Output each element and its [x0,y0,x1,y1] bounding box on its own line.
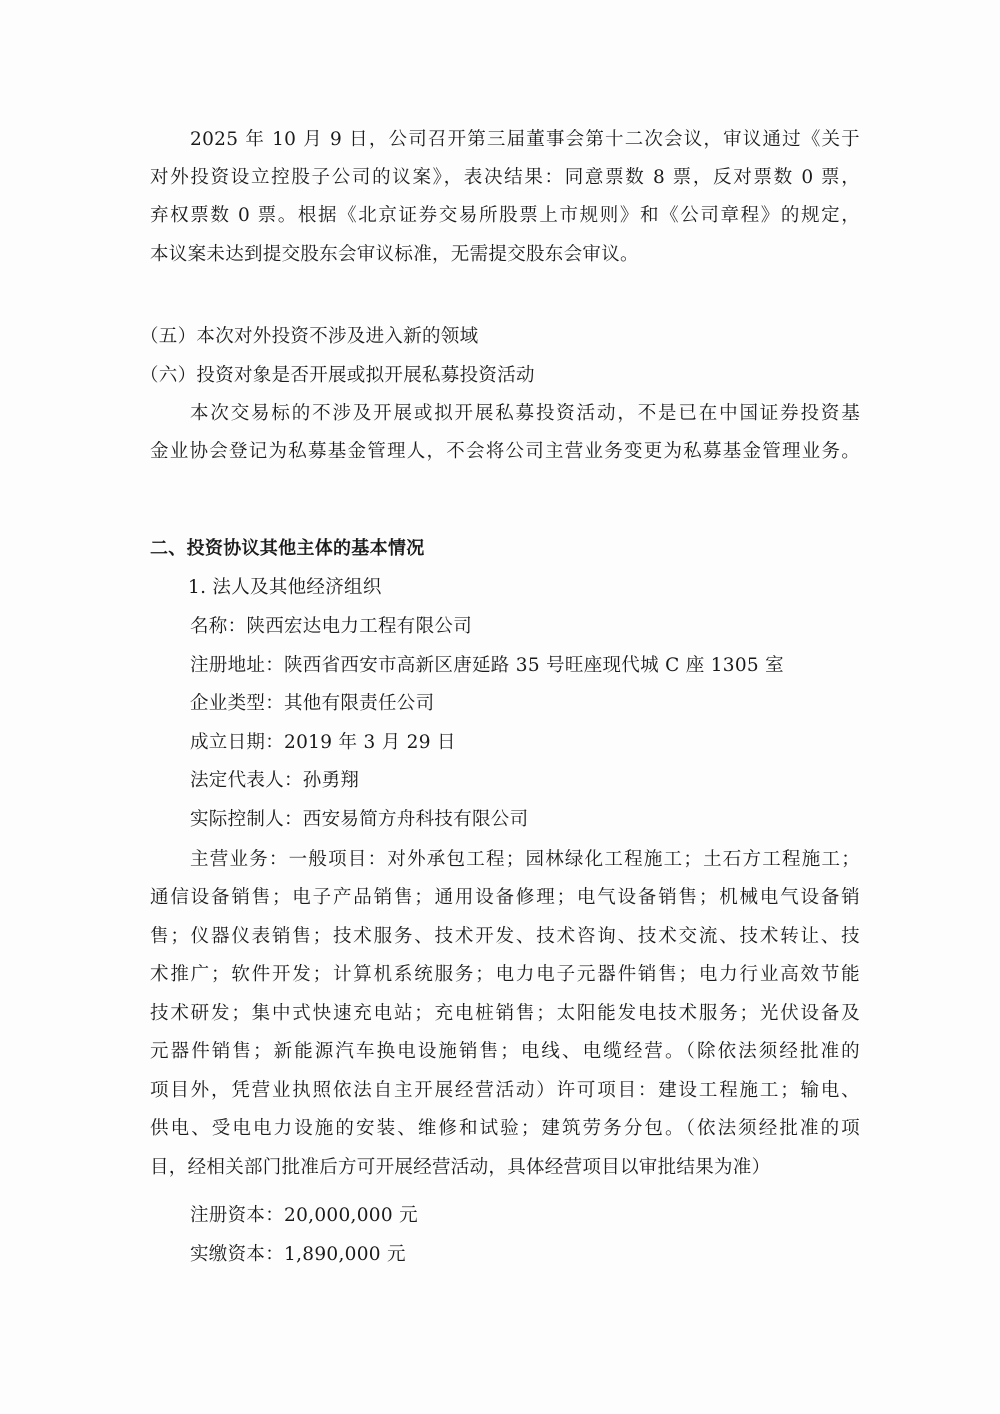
business-line-7: 项目外，凭营业执照依法自主开展经营活动）许可项目：建设工程施工；输电、 [150,1079,860,1103]
company-legal-representative: 法定代表人：孙勇翔 [190,769,900,793]
section-two-heading: 二、投资协议其他主体的基本情况 [150,537,860,561]
company-name: 名称：陕西宏达电力工程有限公司 [190,615,900,639]
business-line-6: 元器件销售；新能源汽车换电设施销售；电线、电缆经营。（除依法须经批准的 [150,1040,860,1064]
subsection-1-heading: 1. 法人及其他经济组织 [188,576,898,600]
paid-in-capital: 实缴资本：1,890,000 元 [190,1243,900,1267]
item-six-heading: （六）投资对象是否开展或拟开展私募投资活动 [140,364,850,388]
business-line-3: 售；仪器仪表销售；技术服务、技术开发、技术咨询、技术交流、技术转让、技 [150,925,860,949]
business-line-1: 主营业务：一般项目：对外承包工程；园林绿化工程施工；土石方工程施工； [190,848,860,872]
business-line-4: 术推广；软件开发；计算机系统服务；电力电子元器件销售；电力行业高效节能 [150,963,860,987]
business-line-2: 通信设备销售；电子产品销售；通用设备修理；电气设备销售；机械电气设备销 [150,886,860,910]
board-paragraph-line-3: 弃权票数 0 票。根据《北京证券交易所股票上市规则》和《公司章程》的规定， [150,204,860,228]
company-actual-controller: 实际控制人：西安易简方舟科技有限公司 [190,808,900,832]
item-five-heading: （五）本次对外投资不涉及进入新的领域 [140,325,850,349]
business-line-8: 供电、受电电力设施的安装、维修和试验；建筑劳务分包。（依法须经批准的项 [150,1117,860,1141]
private-fund-line-1: 本次交易标的不涉及开展或拟开展私募投资活动，不是已在中国证券投资基 [190,402,860,426]
board-paragraph-line-4: 本议案未达到提交股东会审议标准，无需提交股东会审议。 [150,243,860,267]
company-type: 企业类型：其他有限责任公司 [190,692,900,716]
private-fund-line-2: 金业协会登记为私募基金管理人，不会将公司主营业务变更为私募基金管理业务。 [150,440,860,464]
registered-capital: 注册资本：20,000,000 元 [190,1204,900,1228]
board-paragraph-line-1: 2025 年 10 月 9 日，公司召开第三届董事会第十二次会议，审议通过《关于 [190,128,860,152]
document-page: 2025 年 10 月 9 日，公司召开第三届董事会第十二次会议，审议通过《关于… [0,0,1000,1414]
company-established-date: 成立日期：2019 年 3 月 29 日 [190,731,900,755]
business-line-5: 技术研发；集中式快速充电站；充电桩销售；太阳能发电技术服务；光伏设备及 [150,1002,860,1026]
company-address: 注册地址：陕西省西安市高新区唐延路 35 号旺座现代城 C 座 1305 室 [190,654,900,678]
business-line-9: 目，经相关部门批准后方可开展经营活动，具体经营项目以审批结果为准） [150,1156,860,1180]
board-paragraph-line-2: 对外投资设立控股子公司的议案》，表决结果：同意票数 8 票，反对票数 0 票， [150,166,860,190]
